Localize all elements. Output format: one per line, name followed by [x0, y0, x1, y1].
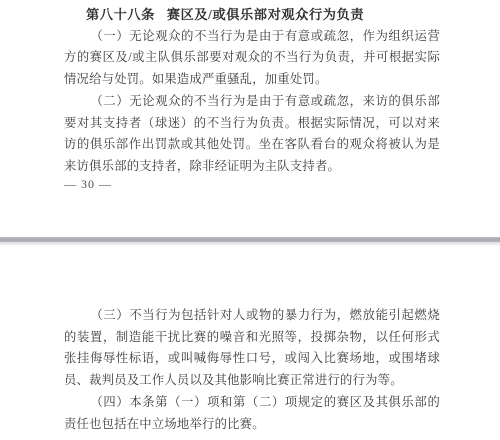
page-gap-divider — [0, 237, 500, 246]
paragraph-item-4: （四）本条第（一）项和第（二）项规定的赛区及其俱乐部的责任也包括在中立场地举行的… — [64, 392, 440, 435]
paragraph-item-3: （三）不当行为包括针对人或物的暴力行为，燃放能引起燃烧的装置，制造能干扰比赛的噪… — [64, 305, 440, 392]
paragraph-item-2: （二）无论观众的不当行为是由于有意或疏忽，来访的俱乐部要对其支持者（球迷）的不当… — [64, 91, 440, 178]
page-2: （三）不当行为包括针对人或物的暴力行为，燃放能引起燃烧的装置，制造能干扰比赛的噪… — [64, 305, 440, 435]
page-number: — 30 — — [64, 174, 112, 196]
article-number: 第八十八条 — [86, 7, 155, 22]
paragraph-item-1: （一）无论观众的不当行为是由于有意或疏忽，作为组织运营方的赛区及/或主队俱乐部要… — [64, 26, 440, 91]
page-1: 第八十八条赛区及/或俱乐部对观众行为负责 （一）无论观众的不当行为是由于有意或疏… — [64, 4, 440, 178]
document-viewer: 第八十八条赛区及/或俱乐部对观众行为负责 （一）无论观众的不当行为是由于有意或疏… — [0, 0, 500, 440]
article-title: 赛区及/或俱乐部对观众行为负责 — [167, 7, 364, 22]
article-heading: 第八十八条赛区及/或俱乐部对观众行为负责 — [64, 4, 440, 26]
